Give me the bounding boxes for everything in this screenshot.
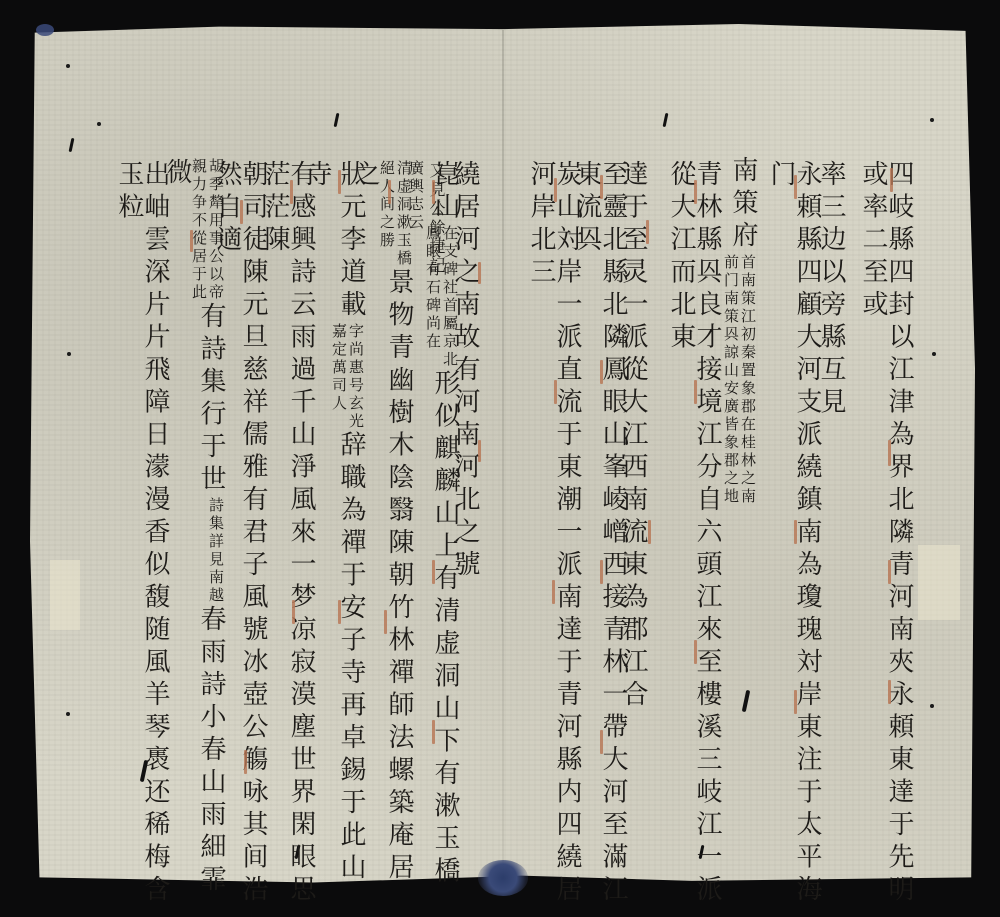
column-heading: 南策府 — [728, 156, 758, 254]
paper-repair-patch — [50, 560, 80, 630]
note-line-right: 清虚洞漱玉橋 — [395, 160, 412, 268]
center-fold — [502, 30, 504, 880]
note-line-right: 字尚惠号玄光 — [347, 323, 364, 431]
red-punctuation-mark — [240, 200, 243, 224]
red-punctuation-mark — [388, 180, 391, 204]
text-column: 南策府首南策江初秦置象郡在桂林之南前门南策㒷諒山安廣皆象郡之地 — [722, 156, 756, 506]
binding-hole — [66, 712, 70, 716]
red-punctuation-mark — [600, 560, 603, 584]
ink-stain-bottom — [478, 860, 528, 896]
binding-hole — [66, 64, 70, 68]
interlinear-note: 詩集詳見南越 — [207, 497, 224, 605]
red-punctuation-mark — [292, 600, 295, 624]
red-punctuation-mark — [384, 610, 387, 634]
binding-hole — [930, 118, 934, 122]
binding-hole — [67, 352, 71, 356]
red-punctuation-mark — [554, 178, 557, 202]
red-punctuation-mark — [888, 680, 891, 704]
red-punctuation-mark — [794, 175, 797, 199]
text-column: 四岐縣四封以江津為界北隣青河南夾永頼東達于先明或率二至或 — [860, 160, 912, 917]
red-punctuation-mark — [432, 560, 435, 584]
note-line-left: 絕人间之勝 — [378, 160, 395, 268]
binding-hole — [97, 122, 101, 126]
red-punctuation-mark — [552, 580, 555, 604]
binding-hole — [930, 704, 934, 708]
red-punctuation-mark — [478, 440, 481, 462]
red-punctuation-mark — [244, 750, 247, 774]
red-punctuation-mark — [290, 180, 293, 204]
note-line-right: 胡季犛用事公以帝 — [207, 158, 224, 302]
red-punctuation-mark — [600, 360, 603, 384]
interlinear-note: 在支碑社首屬京北鳳眼有石碑尚在 — [424, 225, 458, 369]
note-line-left: 嘉定萬司人 — [330, 323, 347, 431]
red-punctuation-mark — [888, 440, 891, 466]
red-punctuation-mark — [600, 730, 603, 754]
text-column: 出岫雲深片片飛障日濛漫香似馥随風羊琴褭还稀梅含玉粒 — [116, 160, 168, 917]
text-column: 有感興詩云雨過千山淨風來一梦凉寂漠塵世界閑眼思茫茫陳 — [262, 160, 314, 917]
red-punctuation-mark — [432, 180, 435, 204]
red-punctuation-mark — [432, 720, 435, 744]
red-punctuation-mark — [794, 690, 797, 714]
column-text: 有詩集行于世 — [196, 302, 226, 497]
red-punctuation-mark — [338, 170, 341, 194]
red-punctuation-mark — [478, 262, 481, 284]
note-line-left: 鳳眼有石碑尚在 — [424, 225, 441, 369]
red-punctuation-mark — [694, 640, 697, 664]
text-column: 炭山対岸一派直流于東潮一派南達于青河縣内四繞居河岸北三 — [528, 160, 580, 917]
paper-repair-patch — [918, 545, 960, 620]
red-punctuation-mark — [888, 560, 891, 584]
note-line-right: 首南策江初秦置象郡在桂林之南 — [739, 254, 756, 506]
red-punctuation-mark — [190, 230, 193, 252]
binding-hole — [932, 352, 936, 356]
red-punctuation-mark — [646, 220, 649, 244]
text-column: 胡季犛用事公以帝親力争不從居于此有詩集行于世詩集詳見南越春雨詩小春山雨細霏微 — [164, 158, 224, 917]
red-punctuation-mark — [794, 520, 797, 544]
red-punctuation-mark — [890, 168, 893, 192]
interlinear-note: 字尚惠号玄光嘉定萬司人 — [330, 323, 364, 431]
column-text: 形似麒麟山上有清虚洞山下有漱玉橋 — [430, 369, 460, 889]
interlinear-note: 清虚洞漱玉橋絕人间之勝 — [378, 160, 412, 268]
red-punctuation-mark — [648, 520, 651, 544]
interlinear-note: 首南策江初秦置象郡在桂林之南前门南策㒷諒山安廣皆象郡之地 — [722, 254, 756, 506]
red-punctuation-mark — [694, 180, 697, 204]
text-column: 青林縣㒷良才接境江分自六頭江來至樓溪三岐江一派從大江而北東 — [668, 160, 720, 917]
note-line-right: 在支碑社首屬京北 — [441, 225, 458, 369]
ink-stain-corner — [36, 24, 54, 36]
red-punctuation-mark — [694, 380, 697, 404]
note-line-left: 前门南策㒷諒山安廣皆象郡之地 — [722, 254, 739, 506]
note-line: 詩集詳見南越 — [207, 497, 224, 605]
red-punctuation-mark — [600, 175, 603, 199]
interlinear-note: 胡季犛用事公以帝親力争不從居于此 — [190, 158, 224, 302]
red-punctuation-mark — [554, 380, 557, 404]
red-punctuation-mark — [338, 600, 341, 624]
